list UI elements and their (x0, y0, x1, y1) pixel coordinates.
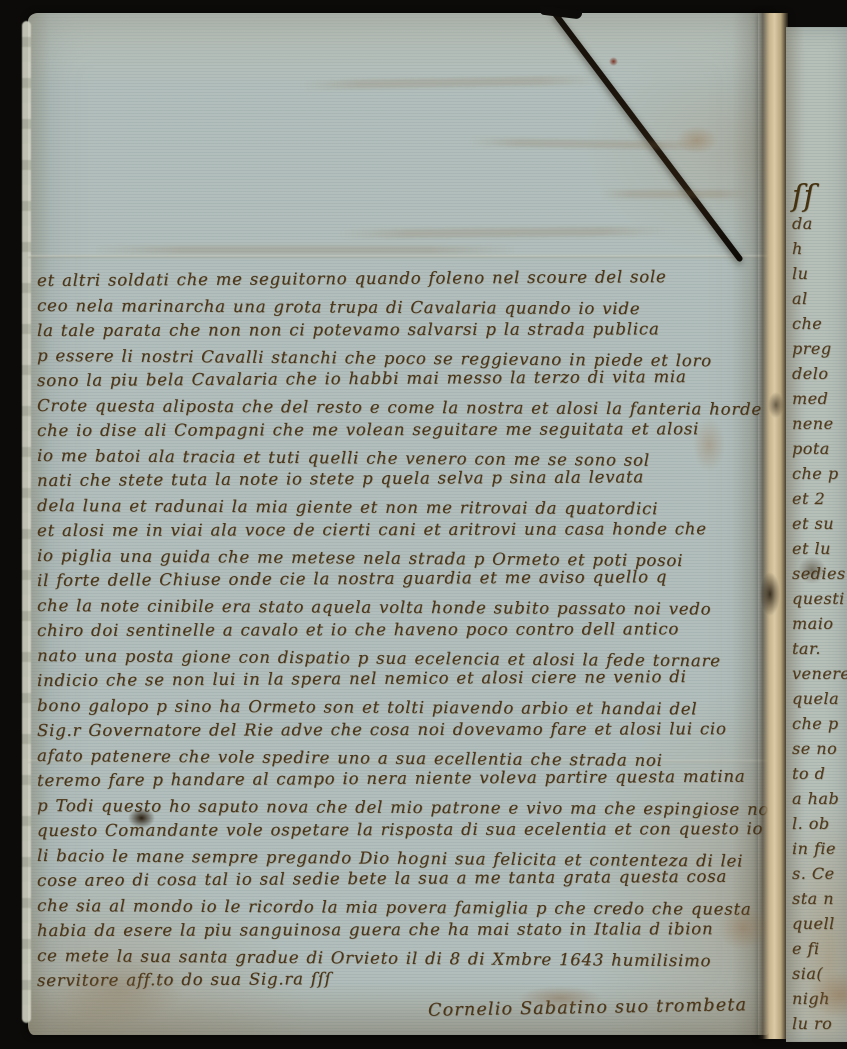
handwriting-line: la tale parata che non non ci potevamo s… (37, 316, 763, 343)
handwriting-fragment: tar. (792, 636, 847, 661)
vertical-fold-crease (758, 13, 788, 1039)
handwriting-fragment: ſſ (792, 186, 847, 211)
handwriting-fragment: a hab (792, 786, 847, 811)
photograph-background: et altri soldati che me seguitorno quand… (0, 0, 847, 1049)
handwriting-fragment: pota (792, 436, 847, 461)
handwriting-fragment: med (792, 386, 847, 411)
handwriting-fragment: al (792, 286, 847, 311)
foxing-stain (693, 418, 725, 472)
handwriting-fragment: e fi (792, 936, 847, 961)
ink-blot-stain (128, 808, 155, 828)
handwriting-fragment: maio (792, 611, 847, 636)
handwriting-fragment: sta n (792, 886, 847, 911)
handwriting-fragment: to d (792, 761, 847, 786)
handwriting-fragment: et 2 (792, 486, 847, 511)
show-through-marks (600, 190, 750, 198)
handwriting-fragment: se no (792, 736, 847, 761)
handwriting-fragment: che (792, 311, 847, 336)
handwriting-fragment: da (792, 211, 847, 236)
handwriting-line: indicio che se non lui in la spera nel n… (37, 664, 763, 693)
red-wax-speck (609, 57, 618, 66)
handwriting-line: habia da esere la piu sanguinosa guera c… (37, 916, 763, 943)
handwriting-line: Sig.r Governatore del Rie adve che cosa … (37, 716, 763, 743)
handwriting-fragment: venere (792, 661, 847, 686)
handwriting-line: et alosi me in viai ala voce de cierti c… (37, 516, 763, 543)
handwriting-line: chiro doi sentinelle a cavalo et io che … (37, 616, 763, 643)
foxing-stain (55, 950, 185, 1025)
dark-spot-stain (768, 392, 784, 418)
handwriting-fragment: quell (792, 911, 847, 936)
handwriting-fragment: quela (792, 686, 847, 711)
adjacent-page-edge: ſſ da h lu al che preg delo med nene pot… (786, 27, 847, 1042)
handwriting-line: cose areo di cosa tal io sal sedie bete … (37, 864, 763, 893)
foxing-stain (676, 126, 718, 154)
handwriting-fragment: et su (792, 511, 847, 536)
handwriting-fragment: preg (792, 336, 847, 361)
side-page-text: ſſ da h lu al che preg delo med nene pot… (792, 186, 847, 1036)
dark-spot-stain (798, 556, 826, 584)
show-through-marks (95, 246, 515, 254)
dark-spot-stain (760, 572, 780, 616)
handwriting-line: teremo fare p handare al campo io nera n… (37, 764, 763, 793)
handwriting-line: il forte delle Chiuse onde cie la nostra… (37, 564, 763, 593)
handwriting-line: sono la piu bela Cavalaria che io habbi … (37, 364, 763, 393)
handwriting-fragment: s. Ce (792, 861, 847, 886)
handwriting-fragment: delo (792, 361, 847, 386)
handwriting-fragment: lu (792, 261, 847, 286)
handwriting-fragment: questi (792, 586, 847, 611)
paper-left-deckle-edge (22, 21, 31, 1023)
handwriting-line: et altri soldati che me seguitorno quand… (37, 264, 763, 293)
handwriting-line: che io dise ali Compagni che me volean s… (37, 416, 763, 443)
handwriting-fragment: nene (792, 411, 847, 436)
horizontal-fold-crease (28, 255, 769, 258)
handwriting-fragment: in fie (792, 836, 847, 861)
foxing-stain (518, 986, 602, 1010)
handwriting-fragment: che p (792, 711, 847, 736)
letter-body: et altri soldati che me seguitorno quand… (37, 268, 763, 993)
handwriting-fragment: che p (792, 461, 847, 486)
foxing-stain (718, 906, 768, 950)
handwriting-line: nati che stete tuta la note io stete p q… (37, 464, 763, 493)
handwriting-fragment: l. ob (792, 811, 847, 836)
handwriting-fragment: h (792, 236, 847, 261)
